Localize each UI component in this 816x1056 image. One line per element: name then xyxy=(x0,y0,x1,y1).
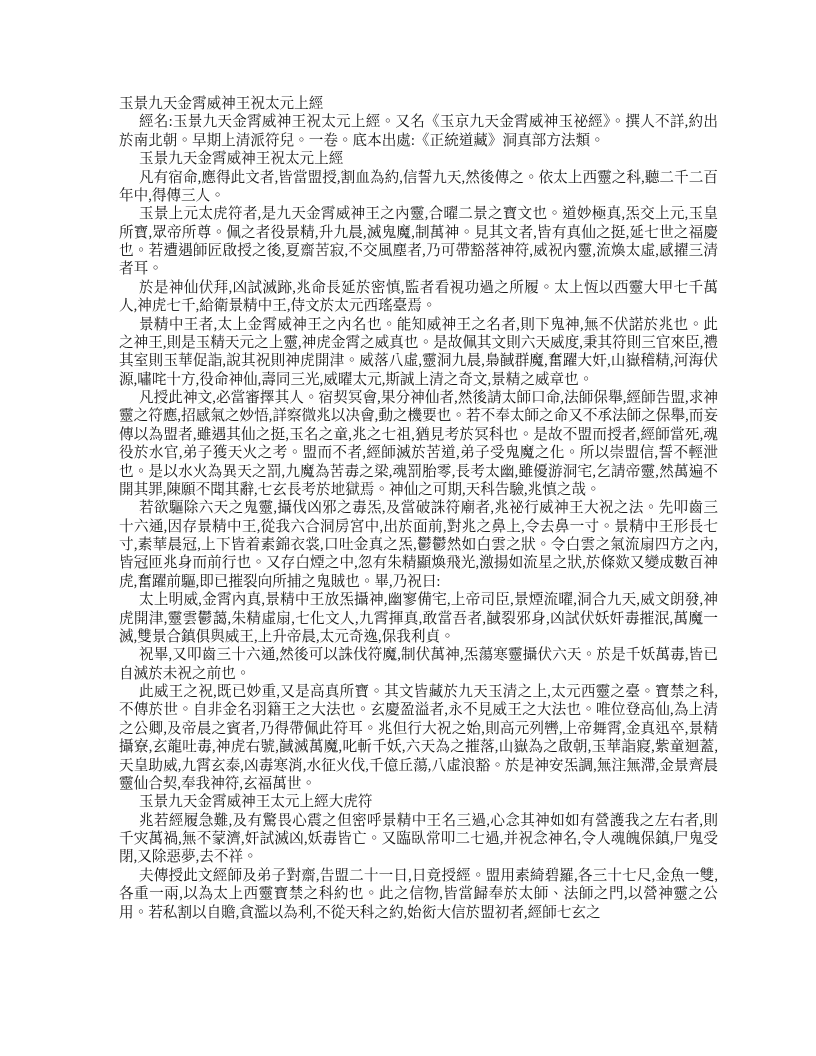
paragraph-emergency-invocation: 兆若經履急難,及有驚畏心震之但密呼景精中王名三過,心念其神如如有營護我之左右者,… xyxy=(119,812,718,867)
document-text-area: 玉景九天金霄威神王祝太元上經 經名:玉景九天金霄威神王祝太元上經。又名《玉京九天… xyxy=(119,95,718,922)
section-heading-tiger-fu: 玉景九天金霄威神王太元上經大虎符 xyxy=(119,793,718,811)
paragraph-tiger-talisman: 玉景上元太虎符者,是九天金霄威神王之內靈,合曜二景之寶文也。道妙極真,炁交上元,… xyxy=(119,205,718,279)
paragraph-transmission-rule: 凡有宿命,應得此文者,皆當盟授,割血為約,信誓九天,然後傳之。依太上西靈之科,聽… xyxy=(119,169,718,206)
paragraph-jingjing-king: 景精中王者,太上金霄威神王之內名也。能知威神王之名者,則下鬼神,無不伏諾於兆也。… xyxy=(119,316,718,390)
document-title: 玉景九天金霄威神王祝太元上經 xyxy=(119,95,718,113)
paragraph-transmission-pledge: 夫傳授此文經師及弟子對齋,告盟二十一日,日竟授經。盟用素綺碧羅,各三十七尺,金魚… xyxy=(119,867,718,922)
paragraph-precious-prohibition: 此威王之祝,既已妙重,又是高真所寶。其文皆藏於九天玉清之上,太元西靈之臺。寶禁之… xyxy=(119,683,718,793)
colophon-paragraph: 經名:玉景九天金霄威神王祝太元上經。又名《玉京九天金霄威神玉祕經》。撰人不詳,約… xyxy=(119,113,718,150)
paragraph-exorcism-method: 若欲驅除六天之鬼靈,攝伐凶邪之毒炁,及當破誅符廟者,兆祕行威神王大祝之法。先叩齒… xyxy=(119,499,718,591)
paragraph-bestowal-covenant: 凡授此神文,必當審擇其人。宿契冥會,果分神仙者,然後請太師口命,法師保舉,經師告… xyxy=(119,389,718,499)
paragraph-after-incantation: 祝畢,又叩齒三十六通,然後可以誅伐符魔,制伏萬神,炁蕩寒靈攝伏六天。於是千妖萬毒… xyxy=(119,646,718,683)
paragraph-immortals-bow: 於是神仙伏拜,凶試滅跡,兆命長延於密慎,監者看視功過之所履。太上恆以西靈大甲七千… xyxy=(119,279,718,316)
section-heading-scripture: 玉景九天金霄威神王祝太元上經 xyxy=(119,150,718,168)
document-page: 玉景九天金霄威神王祝太元上經 經名:玉景九天金霄威神王祝太元上經。又名《玉京九天… xyxy=(0,0,816,1056)
paragraph-incantation: 太上明威,金霄內真,景精中王放炁攝神,幽寥備宅,上帝司臣,景煙流曜,洞合九天,威… xyxy=(119,591,718,646)
